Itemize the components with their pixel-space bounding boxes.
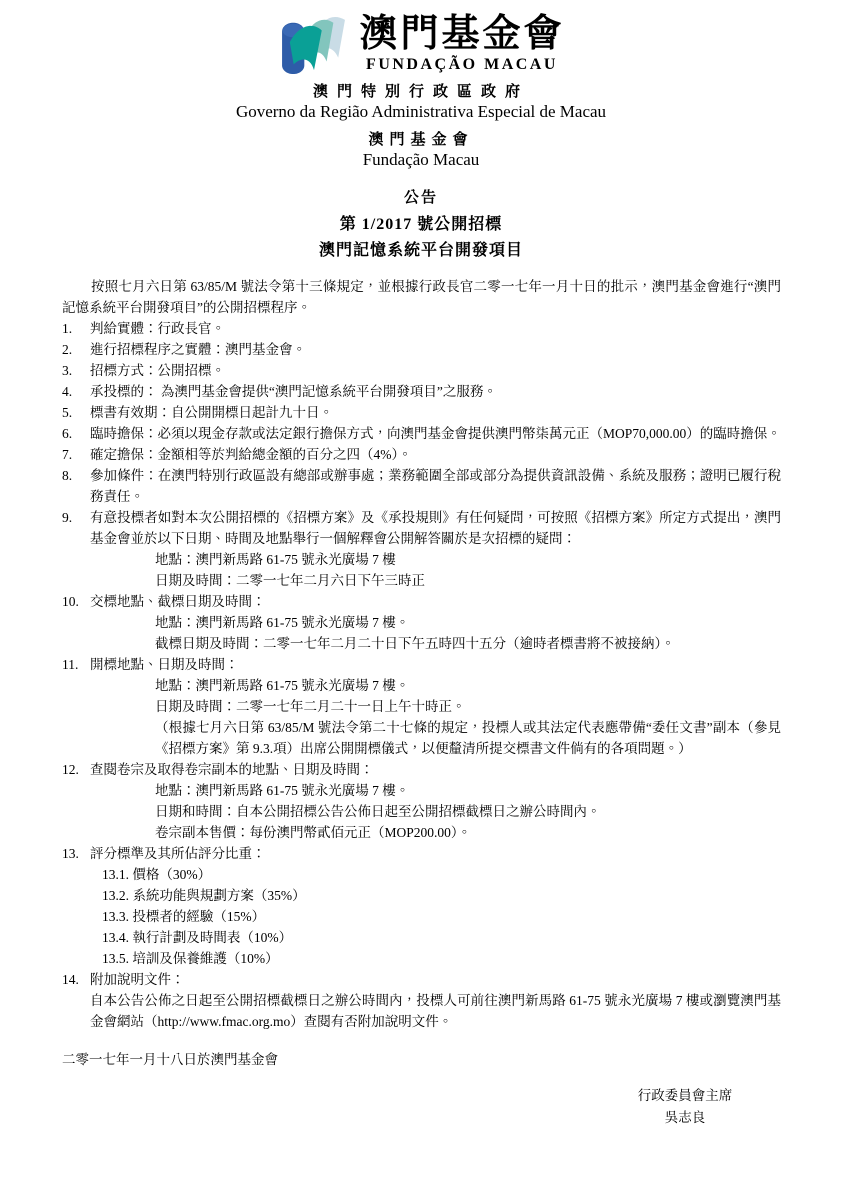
list-item-9: 9. 有意投標者如對本次公開招標的《招標方案》及《承投規則》有任何疑問，可按照《… [62,507,781,591]
government-name-cn: 澳門特別行政區政府 [0,84,842,101]
signer-title: 行政委員會主席 [605,1085,765,1107]
item-number: 8. [62,465,90,507]
logo-title-pt: FUNDAÇÃO MACAU [359,56,564,74]
item-text: 確定擔保：金額相等於判給總金額的百分之四（4%）。 [90,444,781,465]
item-number: 13. [62,843,90,969]
list-item-7: 7. 確定擔保：金額相等於判給總金額的百分之四（4%）。 [62,444,781,465]
item-text: 開標地點、日期及時間： [90,654,781,675]
item-number: 11. [62,654,90,759]
item-number: 1. [62,318,90,339]
item-text: 查閱卷宗及取得卷宗副本的地點、日期及時間： [90,759,781,780]
list-item-14: 14. 附加說明文件： 自本公告公佈之日起至公開招標截標日之辦公時間內，投標人可… [62,969,781,1032]
item-number: 2. [62,339,90,360]
item-text: 臨時擔保：必須以現金存款或法定銀行擔保方式，向澳門基金會提供澳門幣柒萬元正（MO… [90,423,781,444]
item-number: 6. [62,423,90,444]
intro-paragraph: 按照七月六日第 63/85/M 號法令第十三條規定，並根據行政長官二零一七年一月… [62,276,781,318]
fm-logo-titles: 澳門基金會 FUNDAÇÃO MACAU [359,13,564,74]
item-number: 4. [62,381,90,402]
scoring-criterion: 13.3. 投標者的經驗（15%） [102,906,781,927]
item-text: 附加說明文件： [90,969,781,990]
item-text: 評分標準及其所佔評分比重： [90,843,781,864]
list-item-12: 12. 查閱卷宗及取得卷宗副本的地點、日期及時間： 地點：澳門新馬路 61-75… [62,759,781,843]
item-subline: 地點：澳門新馬路 61-75 號永光廣場 7 樓。 [155,675,781,696]
item-number: 12. [62,759,90,843]
item-text: 招標方式：公開招標。 [90,360,781,381]
item-number: 5. [62,402,90,423]
item-number: 3. [62,360,90,381]
item-subline: 日期及時間：二零一七年二月六日下午三時正 [155,570,781,591]
item-text: 承投標的： 為澳門基金會提供“澳門記憶系統平台開發項目”之服務。 [90,381,781,402]
government-name-pt: Governo da Região Administrativa Especia… [0,102,842,121]
list-item-1: 1. 判給實體：行政長官。 [62,318,781,339]
list-item-3: 3. 招標方式：公開招標。 [62,360,781,381]
document-header: 澳門基金會 FUNDAÇÃO MACAU 澳門特別行政區政府 Governo d… [0,0,842,169]
logo-title-cn: 澳門基金會 [359,13,564,55]
project-title: 澳門記憶系統平台開發項目 [0,242,842,260]
item-text: 有意投標者如對本次公開招標的《招標方案》及《承投規則》有任何疑問，可按照《招標方… [90,507,781,549]
scoring-criterion: 13.4. 執行計劃及時間表（10%） [102,927,781,948]
issue-date-line: 二零一七年一月十八日於澳門基金會 [62,1049,842,1070]
scoring-criterion: 13.2. 系統功能與規劃方案（35%） [102,885,781,906]
item-number: 7. [62,444,90,465]
item-subline: 地點：澳門新馬路 61-75 號永光廣場 7 樓 [155,549,781,570]
item-subline: 地點：澳門新馬路 61-75 號永光廣場 7 樓。 [155,612,781,633]
list-item-4: 4. 承投標的： 為澳門基金會提供“澳門記憶系統平台開發項目”之服務。 [62,381,781,402]
list-item-10: 10. 交標地點、截標日期及時間： 地點：澳門新馬路 61-75 號永光廣場 7… [62,591,781,654]
item-number: 14. [62,969,90,1032]
list-item-5: 5. 標書有效期：自公開開標日起計九十日。 [62,402,781,423]
list-item-11: 11. 開標地點、日期及時間： 地點：澳門新馬路 61-75 號永光廣場 7 樓… [62,654,781,759]
signature-block: 行政委員會主席 吳志良 [605,1085,765,1129]
scoring-criterion: 13.1. 價格（30%） [102,864,781,885]
signer-name: 吳志良 [605,1107,765,1129]
item-subline: 日期和時間：自本公開招標公告公佈日起至公開招標截標日之辦公時間內。 [155,801,781,822]
item-text: 標書有效期：自公開開標日起計九十日。 [90,402,781,423]
item-subline: 截標日期及時間：二零一七年二月二十日下午五時四十五分（逾時者標書將不被接納）。 [155,633,781,654]
list-item-2: 2. 進行招標程序之實體：澳門基金會。 [62,339,781,360]
item-text: 參加條件：在澳門特別行政區設有總部或辦事處；業務範圍全部或部分為提供資訊設備、系… [90,465,781,507]
item-subline: 卷宗副本售價：每份澳門幣貳佰元正（MOP200.00）。 [155,822,781,843]
item-number: 10. [62,591,90,654]
notice-title: 公告 [0,189,842,207]
item-body-paragraph: 自本公告公佈之日起至公開招標截標日之辦公時間內，投標人可前往澳門新馬路 61-7… [90,990,781,1032]
tender-number: 第 1/2017 號公開招標 [0,216,842,234]
list-item-8: 8. 參加條件：在澳門特別行政區設有總部或辦事處；業務範圍全部或部分為提供資訊設… [62,465,781,507]
item-subline: 地點：澳門新馬路 61-75 號永光廣場 7 樓。 [155,780,781,801]
item-text: 判給實體：行政長官。 [90,318,781,339]
document-body: 按照七月六日第 63/85/M 號法令第十三條規定，並根據行政長官二零一七年一月… [62,276,781,1032]
announcement-document: 澳門基金會 FUNDAÇÃO MACAU 澳門特別行政區政府 Governo d… [0,0,842,1191]
document-titles: 公告 第 1/2017 號公開招標 澳門記憶系統平台開發項目 [0,189,842,260]
item-subline-note: （根據七月六日第 63/85/M 號法令第二十七條的規定，投標人或其法定代表應帶… [155,717,781,759]
fm-logo: 澳門基金會 FUNDAÇÃO MACAU [0,13,842,75]
organization-name-pt: Fundação Macau [0,150,842,169]
item-subline: 日期及時間：二零一七年二月二十一日上午十時正。 [155,696,781,717]
organization-name-cn: 澳門基金會 [0,132,842,149]
item-text: 進行招標程序之實體：澳門基金會。 [90,339,781,360]
scoring-criterion: 13.5. 培訓及保養維護（10%） [102,948,781,969]
list-item-6: 6. 臨時擔保：必須以現金存款或法定銀行擔保方式，向澳門基金會提供澳門幣柒萬元正… [62,423,781,444]
numbered-list: 1. 判給實體：行政長官。 2. 進行招標程序之實體：澳門基金會。 3. 招標方… [62,318,781,1032]
item-number: 9. [62,507,90,591]
item-text: 交標地點、截標日期及時間： [90,591,781,612]
fm-logo-mark-icon [277,15,351,75]
list-item-13: 13. 評分標準及其所佔評分比重： 13.1. 價格（30%） 13.2. 系統… [62,843,781,969]
